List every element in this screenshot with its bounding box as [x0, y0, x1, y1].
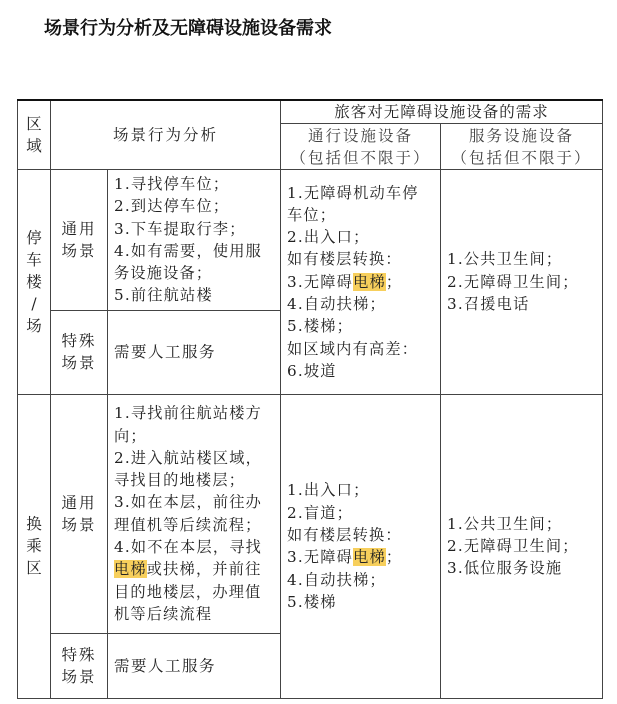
step: 4.如有需要，使用服 — [114, 240, 276, 262]
scene-label: 场景 — [51, 666, 107, 688]
step: 4.如不在本层，寻找 — [114, 536, 276, 558]
special-text: 需要人工服务 — [108, 633, 281, 698]
header-region-char: 区 — [18, 113, 50, 135]
need-line: 3.无障碍电梯； — [287, 546, 436, 568]
region-char: 停 — [18, 227, 50, 249]
highlight: 电梯 — [353, 273, 386, 291]
scene-general: 通用 场景 — [51, 394, 108, 633]
header-passage-title: 通行设施设备 — [281, 125, 440, 147]
header-service-title: 服务设施设备 — [441, 125, 602, 147]
step: 5.前往航站楼 — [114, 284, 276, 306]
need-line: 5.楼梯； — [287, 315, 436, 337]
behavior-steps: 1.寻找前往航站楼方 向； 2.进入航站楼区域， 寻找目的地楼层； 3.如在本层… — [108, 394, 281, 633]
scene-label: 特殊 — [51, 330, 107, 352]
need-line: 5.楼梯 — [287, 591, 436, 613]
need-line: 如有楼层转换： — [287, 248, 436, 270]
region-char: 车 — [18, 249, 50, 271]
need-line: 1.出入口； — [287, 479, 436, 501]
region-char: 楼 — [18, 271, 50, 293]
step: 3.下车提取行李； — [114, 218, 276, 240]
scene-general: 通用 场景 — [51, 170, 108, 311]
table-row: 停 车 楼 / 场 通用 场景 1.寻找停车位； 2.到达停车位； 3.下车提取… — [18, 170, 603, 311]
step: 务设施设备； — [114, 262, 276, 284]
region-char: 区 — [18, 557, 50, 579]
page-title: 场景行为分析及无障碍设施设备需求 — [44, 14, 332, 40]
need-line: 4.自动扶梯； — [287, 569, 436, 591]
header-behavior: 场景行为分析 — [51, 100, 281, 170]
region-char: 乘 — [18, 535, 50, 557]
step: 理值机等后续流程； — [114, 514, 276, 536]
need-line: 1.公共卫生间； — [447, 513, 598, 535]
step: 机等后续流程 — [114, 603, 276, 625]
highlight: 电梯 — [353, 548, 386, 566]
need-line: 车位； — [287, 204, 436, 226]
step: 2.到达停车位； — [114, 195, 276, 217]
scene-label: 场景 — [51, 240, 107, 262]
special-text: 需要人工服务 — [108, 310, 281, 394]
passage-needs: 1.无障碍机动车停 车位； 2.出入口； 如有楼层转换： 3.无障碍电梯； 4.… — [281, 170, 441, 395]
header-region: 区 域 — [18, 100, 51, 170]
need-line: 1.公共卫生间； — [447, 248, 598, 270]
need-line: 3.低位服务设施 — [447, 557, 598, 579]
header-service-note: （包括但不限于） — [441, 147, 602, 169]
need-line: 2.盲道； — [287, 502, 436, 524]
region-parking: 停 车 楼 / 场 — [18, 170, 51, 395]
need-line: 6.坡道 — [287, 360, 436, 382]
need-line: 1.无障碍机动车停 — [287, 182, 436, 204]
step: 寻找目的地楼层； — [114, 469, 276, 491]
region-char: 场 — [18, 315, 50, 337]
need-line: 2.无障碍卫生间； — [447, 535, 598, 557]
step: 目的地楼层，办理值 — [114, 581, 276, 603]
service-needs: 1.公共卫生间； 2.无障碍卫生间； 3.召援电话 — [441, 170, 603, 395]
header-region-char: 域 — [18, 135, 50, 157]
header-needs-group: 旅客对无障碍设施设备的需求 — [281, 100, 603, 124]
need-line: 3.召援电话 — [447, 293, 598, 315]
need-line: 如有楼层转换： — [287, 524, 436, 546]
step: 1.寻找前往航站楼方 — [114, 402, 276, 424]
region-transfer: 换 乘 区 — [18, 394, 51, 698]
service-needs: 1.公共卫生间； 2.无障碍卫生间； 3.低位服务设施 — [441, 394, 603, 698]
need-line: 2.无障碍卫生间； — [447, 271, 598, 293]
scene-label: 通用 — [51, 492, 107, 514]
scene-special: 特殊 场景 — [51, 310, 108, 394]
scene-special: 特殊 场景 — [51, 633, 108, 698]
behavior-steps: 1.寻找停车位； 2.到达停车位； 3.下车提取行李； 4.如有需要，使用服 务… — [108, 170, 281, 311]
scene-label: 特殊 — [51, 644, 107, 666]
need-line: 3.无障碍电梯； — [287, 271, 436, 293]
header-service: 服务设施设备 （包括但不限于） — [441, 124, 603, 170]
table-row: 换 乘 区 通用 场景 1.寻找前往航站楼方 向； 2.进入航站楼区域， 寻找目… — [18, 394, 603, 633]
step: 2.进入航站楼区域， — [114, 447, 276, 469]
region-char: / — [18, 293, 50, 315]
step: 3.如在本层，前往办 — [114, 491, 276, 513]
step: 电梯或扶梯，并前往 — [114, 558, 276, 580]
step: 1.寻找停车位； — [114, 173, 276, 195]
region-char: 换 — [18, 513, 50, 535]
passage-needs: 1.出入口； 2.盲道； 如有楼层转换： 3.无障碍电梯； 4.自动扶梯； 5.… — [281, 394, 441, 698]
scene-label: 通用 — [51, 218, 107, 240]
header-passage-note: （包括但不限于） — [281, 147, 440, 169]
step: 向； — [114, 425, 276, 447]
requirements-table: 区 域 场景行为分析 旅客对无障碍设施设备的需求 通行设施设备 （包括但不限于）… — [17, 99, 603, 699]
need-line: 4.自动扶梯； — [287, 293, 436, 315]
scene-label: 场景 — [51, 352, 107, 374]
need-line: 2.出入口； — [287, 226, 436, 248]
scene-label: 场景 — [51, 514, 107, 536]
highlight: 电梯 — [114, 560, 147, 578]
header-passage: 通行设施设备 （包括但不限于） — [281, 124, 441, 170]
need-line: 如区域内有高差： — [287, 338, 436, 360]
